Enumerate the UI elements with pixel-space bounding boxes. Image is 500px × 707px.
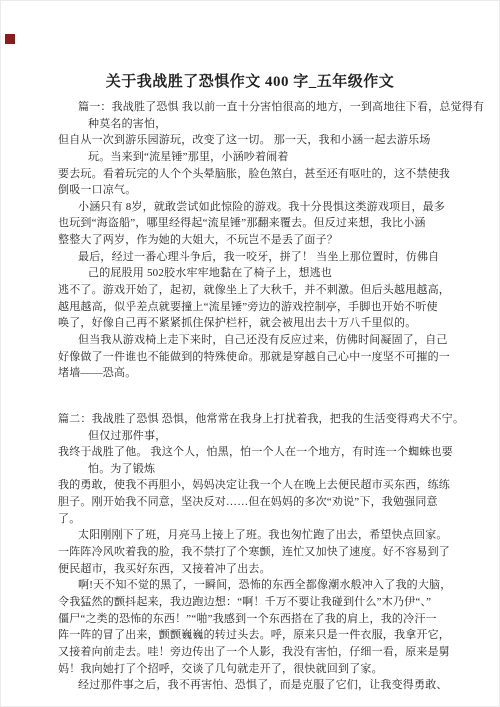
essay-line: 要去玩。看着玩完的人个个头晕脑胀，脸色煞白，甚至还有呕吐的，这不禁使我 [58, 166, 446, 183]
essay-line: 小涵只有 8岁，就敢尝试如此惊险的游戏。我十分畏惧这类游戏项目，最多 [58, 199, 446, 216]
essay-line: 玩。当来到“流星锤”那里，小涵吵着闹着 [58, 149, 446, 166]
essay-line: 便民超市，我买好东西，又接着冲了出去。 [58, 561, 446, 578]
essay-line: 倒吸一口凉气。 [58, 182, 446, 199]
essay-line: 我的勇敢，使我不再胆小，妈妈决定让我一个人在晚上去便民超市买东西，练练 [58, 477, 446, 494]
essay-line: 妈！我向她打了个招呼，交谈了几句就走开了，很快就回到了家。 [58, 661, 446, 678]
essay-line: 但自从一次到游乐园游玩，改变了这一切。 那一天，我和小涵一起去游乐场 [58, 132, 446, 149]
essay-line: 又接着向前走去。哇！旁边传出了一个人影，我没有害怕，仔细一看，原来是舅 [58, 644, 446, 661]
essay-line: 整整大了两岁，作为她的大姐大，不玩岂不是丢了面子？ [58, 232, 446, 249]
essay-line: 逃不了。游戏开始了，起初，就像坐上了大秋千，并不刺激。但后头越甩越高， [58, 282, 446, 299]
essay-line: 己的屁股用 502胶水牢牢地黏在了椅子上，想逃也 [58, 265, 446, 282]
essay-line: 最后，经过一番心理斗争后，我一咬牙，拼了！ 当坐上那位置时，仿佛自 [58, 249, 446, 266]
essay-line: 一阵阵冷风吹着我的脸，我不禁打了个寒颤，连忙又加快了速度。好不容易到了 [58, 544, 446, 561]
essay-line: 阵一阵的冒了出来，颤颤巍巍的转过头去。呼，原来只是一件衣服，我拿开它， [58, 627, 446, 644]
essay-line: 了。 [58, 511, 446, 528]
essay-line: 我终于战胜了他。 我这个人，怕黑，怕一个人在一个地方，有时连一个蜘蛛也要 [58, 444, 446, 461]
essay-line: 种莫名的害怕， [58, 116, 446, 133]
essay-line: 好像做了一件谁也不能做到的特殊使命。那就是穿越自己心中一度坚不可摧的一 [58, 349, 446, 366]
essay-line: 篇一：我战胜了恐惧 我以前一直十分害怕很高的地方，一到高地往下看，总觉得有 [58, 99, 446, 116]
essay-line: 也玩到“海盗船”，哪里经得起“流星锤”那翻来覆去。但反过来想，我比小涵 [58, 215, 446, 232]
essay-line: 堵墙——恐高。 [58, 365, 446, 382]
watermark-square [5, 34, 15, 44]
document-page: 关于我战胜了恐惧作文 400 字_五年级作文 篇一：我战胜了恐惧 我以前一直十分… [0, 0, 500, 707]
essay-line: 经过那件事之后，我不再害怕、恐惧了，而是克服了它们，让我变得勇敢、 [58, 677, 446, 694]
essay-line: 怕。为了锻炼 [58, 461, 446, 478]
document-title: 关于我战胜了恐惧作文 400 字_五年级作文 [1, 1, 499, 92]
essay-line: 啊!天不知不觉的黑了，一瞬间，恐怖的东西全都像潮水般冲入了我的大脑， [58, 577, 446, 594]
essay-line: 越甩越高，似乎差点就要撞上“流星锤”旁边的游戏控制亭，手脚也开始不听使 [58, 299, 446, 316]
essay-line: 篇二：我战胜了恐惧 恐惧，他常常在我身上打扰着我，把我的生活变得鸡犬不宁。 [58, 411, 446, 428]
essay-line: 唤了，好像自己再不紧紧抓住保护栏杆，就会被甩出去十万八千里似的。 [58, 315, 446, 332]
essay-line: 令我猛然的颤抖起来，我边跑边想：“啊！千万不要让我碰到什么”木乃伊“、” [58, 594, 446, 611]
essay-line: 胆子。刚开始我不同意，坚决反对……但在妈妈的多次“劝说”下，我勉强同意 [58, 494, 446, 511]
essay-line: 太阳刚刚下了班，月亮马上接上了班。我也匆忙跑了出去，希望快点回家。 [58, 527, 446, 544]
essay-line: 僵尸“之类的恐怖的东西！”“啪”我感到一个东西搭在了我的肩上，我的冷汗一 [58, 611, 446, 628]
essay-body: 篇一：我战胜了恐惧 我以前一直十分害怕很高的地方，一到高地往下看，总觉得有种莫名… [58, 99, 446, 694]
essay-line: 但当我从游戏椅上走下来时，自己还没有反应过来，仿佛时间凝固了，自己 [58, 332, 446, 349]
essay-line: 但仅过那件事， [58, 428, 446, 445]
